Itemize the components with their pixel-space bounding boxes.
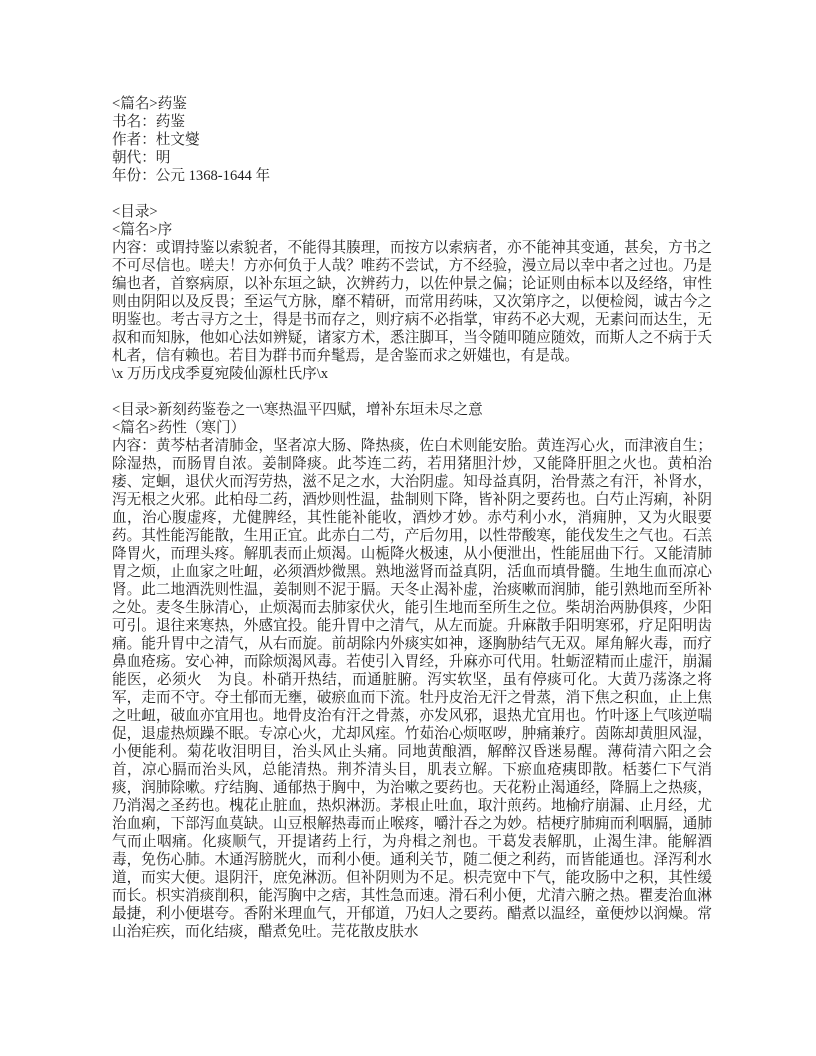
preface-signature: \x 万历戊戌季夏宛陵仙源杜氏序\x xyxy=(112,365,712,383)
preface-toc-line: <目录> xyxy=(112,203,712,221)
preface-title-line: <篇名>序 xyxy=(112,221,712,239)
preface-body: 内容：或谓持鉴以索貌者，不能得其腠理，而按方以索病者，亦不能神其变通，甚矣，方书… xyxy=(112,239,712,365)
chapter-body: 内容：黄芩枯者清肺金，坚者凉大肠、降热痰，佐白术则能安胎。黄连泻心火，而津液自生… xyxy=(112,437,712,941)
meta-line-dynasty: 朝代：明 xyxy=(112,149,712,167)
preface-section: <目录> <篇名>序 内容：或谓持鉴以索貌者，不能得其腠理，而按方以索病者，亦不… xyxy=(112,203,712,383)
meta-line-book-name: 书名：药鉴 xyxy=(112,113,712,131)
chapter-toc-line: <目录>新刻药鉴卷之一\寒热温平四赋，增补东垣未尽之意 xyxy=(112,401,712,419)
meta-line-author: 作者：杜文燮 xyxy=(112,131,712,149)
chapter-section: <目录>新刻药鉴卷之一\寒热温平四赋，增补东垣未尽之意 <篇名>药性（寒门） 内… xyxy=(112,401,712,941)
meta-line-title-tag: <篇名>药鉴 xyxy=(112,95,712,113)
document-page: <篇名>药鉴 书名：药鉴 作者：杜文燮 朝代：明 年份：公元 1368-1644… xyxy=(0,0,816,1056)
document-content: <篇名>药鉴 书名：药鉴 作者：杜文燮 朝代：明 年份：公元 1368-1644… xyxy=(112,95,712,941)
chapter-title-line: <篇名>药性（寒门） xyxy=(112,419,712,437)
meta-line-year: 年份：公元 1368-1644 年 xyxy=(112,167,712,185)
meta-block: <篇名>药鉴 书名：药鉴 作者：杜文燮 朝代：明 年份：公元 1368-1644… xyxy=(112,95,712,185)
